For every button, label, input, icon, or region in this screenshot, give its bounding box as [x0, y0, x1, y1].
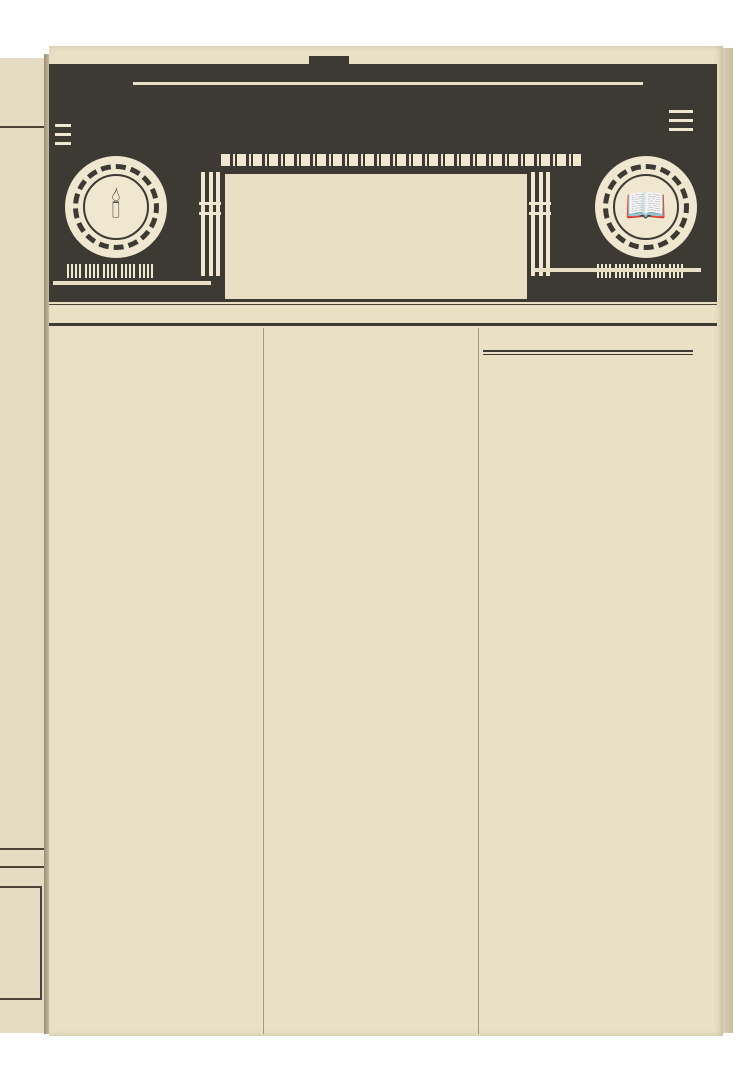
masthead-info-panel [225, 174, 527, 299]
article-column-2 [269, 330, 474, 340]
divider [0, 848, 44, 850]
dateline [49, 304, 717, 326]
masthead-pillar [529, 172, 551, 276]
article-column-1 [53, 330, 259, 336]
divider [483, 350, 693, 355]
page-edge [723, 48, 733, 1033]
masthead-ornament [67, 264, 153, 278]
candle-icon: 🕯 [65, 186, 167, 226]
masthead-ornament [669, 110, 693, 137]
masthead-band [221, 154, 581, 166]
divider [0, 866, 44, 868]
previous-page-strip [0, 58, 45, 1033]
article-column-3 [483, 330, 693, 371]
column-divider [263, 328, 264, 1034]
masthead-ornament [55, 124, 71, 151]
masthead-pillar [199, 172, 221, 276]
masthead-rule [133, 82, 643, 85]
candle-emblem: 🕯 [65, 156, 167, 258]
masthead-ornament [309, 56, 349, 68]
open-book-icon: 📖 [595, 186, 697, 226]
newspaper-page: 🕯 📖 [49, 46, 723, 1036]
column-divider [478, 328, 479, 1034]
masthead: 🕯 📖 [49, 64, 717, 302]
masthead-quote-right [533, 268, 701, 272]
masthead-quote-left [53, 281, 211, 285]
divider [0, 126, 44, 128]
bible-emblem: 📖 [595, 156, 697, 258]
previous-page-box [0, 886, 42, 1000]
